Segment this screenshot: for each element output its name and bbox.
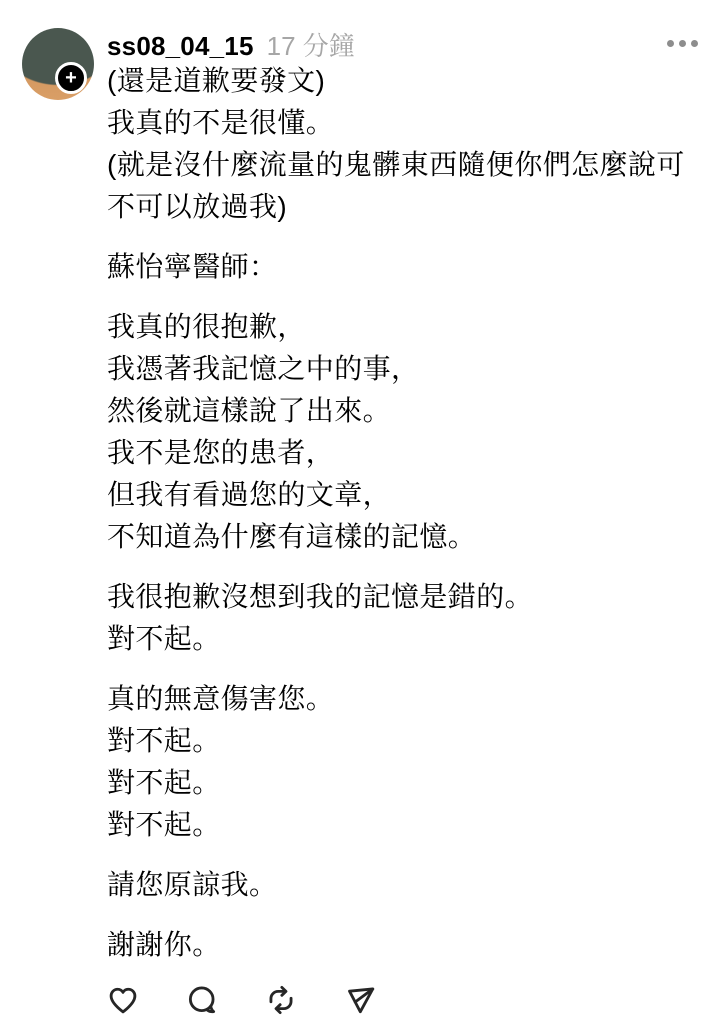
comment-button[interactable] — [185, 983, 219, 1017]
post-paragraph: 謝謝你。 — [107, 924, 701, 966]
timestamp: 17 分鐘 — [267, 26, 355, 63]
like-button[interactable] — [106, 983, 140, 1017]
post-paragraph: 蘇怡寧醫師： — [107, 246, 701, 288]
repost-icon — [264, 983, 298, 1017]
repost-button[interactable] — [264, 983, 298, 1017]
more-dot — [691, 40, 698, 47]
post-paragraph: 我很抱歉沒想到我的記憶是錯的。 對不起。 — [107, 576, 701, 660]
avatar[interactable] — [22, 28, 94, 100]
post-paragraph: 我真的很抱歉， 我憑著我記憶之中的事， 然後就這樣說了出來。 我不是您的患者， … — [107, 306, 701, 558]
more-dot — [667, 40, 674, 47]
post-header: ss08_04_15 17 分鐘 — [107, 26, 355, 63]
username[interactable]: ss08_04_15 — [107, 31, 254, 62]
follow-plus-label: + — [65, 68, 77, 88]
heart-icon — [106, 983, 140, 1017]
post-paragraph: (還是道歉要發文) 我真的不是很懂。 (就是沒什麼流量的鬼髒東西隨便你們怎麼說可… — [107, 60, 701, 228]
comment-bubble-icon — [185, 983, 219, 1017]
post-paragraph: 真的無意傷害您。 對不起。 對不起。 對不起。 — [107, 678, 701, 846]
post-paragraph: 請您原諒我。 — [107, 864, 701, 906]
more-options-icon[interactable] — [667, 36, 698, 51]
post-body: (還是道歉要發文) 我真的不是很懂。 (就是沒什麼流量的鬼髒東西隨便你們怎麼說可… — [107, 60, 701, 984]
share-button[interactable] — [343, 983, 377, 1017]
action-bar — [106, 983, 377, 1017]
follow-plus-badge[interactable]: + — [55, 62, 87, 94]
more-dot — [679, 40, 686, 47]
thread-post: + ss08_04_15 17 分鐘 (還是道歉要發文) 我真的不是很懂。 (就… — [0, 0, 722, 1024]
paper-plane-icon — [343, 983, 377, 1017]
